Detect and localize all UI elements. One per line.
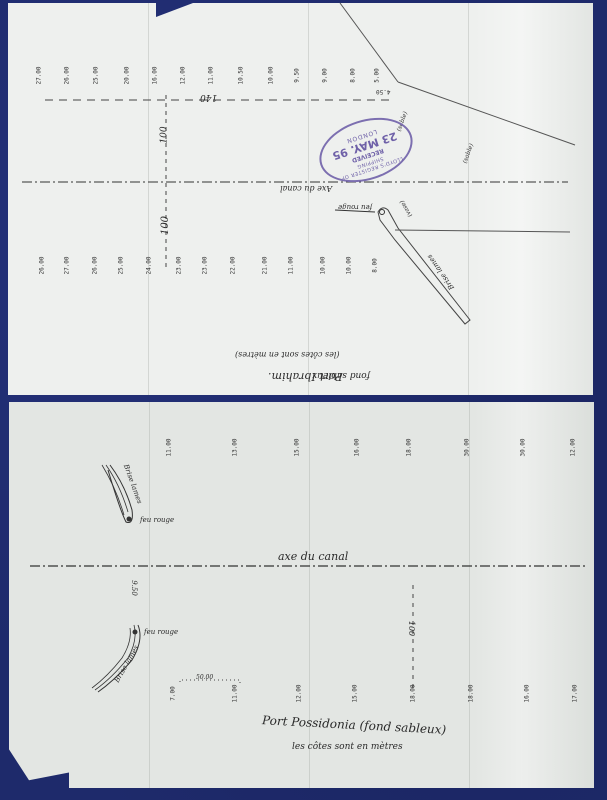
depth-sounding: 4.50 — [376, 88, 390, 95]
depth-sounding: 11.00 — [232, 684, 239, 702]
depth-sounding: 9.50 — [294, 68, 301, 82]
depth-sounding: 9.00 — [322, 68, 329, 82]
depth-sounding: 11.00 — [166, 438, 173, 456]
depth-sounding: 26.00 — [39, 256, 46, 274]
depth-sounding: 21.00 — [262, 256, 269, 274]
depth-sounding: 23.00 — [176, 256, 183, 274]
canal-axis-label: Axe du canal — [280, 184, 332, 193]
distance-label: 100 — [407, 621, 416, 636]
depth-sounding: 10.50 — [238, 66, 245, 84]
units-note: (les côtes sont en mètres) — [235, 350, 340, 359]
depth-sounding: 10.00 — [268, 66, 275, 84]
depth-sounding: 8.00 — [350, 68, 357, 82]
canal-axis-label: axe du canal — [278, 550, 348, 563]
depth-sounding: 26.00 — [64, 66, 71, 84]
depth-sounding: 18.00 — [410, 684, 417, 702]
depth-sounding: 15.00 — [352, 684, 359, 702]
distance-label: 9.50 — [130, 580, 138, 596]
depth-sounding: 18.00 — [406, 438, 413, 456]
depth-sounding: 15.00 — [294, 438, 301, 456]
distance-label: 140 — [200, 92, 217, 102]
depth-sounding: 26.00 — [92, 256, 99, 274]
depth-sounding: 20.00 — [124, 66, 131, 84]
depth-sounding: 30.00 — [464, 438, 471, 456]
units-note: les côtes sont en mètres — [292, 742, 403, 752]
depth-sounding: 25.00 — [118, 256, 125, 274]
depth-sounding: 18.00 — [468, 684, 475, 702]
depth-sounding: 10.00 — [320, 256, 327, 274]
depth-sounding: 5.00 — [374, 68, 381, 82]
depth-sounding: 12.00 — [180, 66, 187, 84]
light-label: feu rouge — [338, 203, 372, 211]
depth-sounding: 12.00 — [570, 438, 577, 456]
depth-sounding: 13.00 — [232, 438, 239, 456]
depth-sounding: 16.00 — [354, 438, 361, 456]
depth-sounding: 16.00 — [524, 684, 531, 702]
light-label-bottom: feu rouge — [144, 628, 178, 636]
distance-label: 100 — [160, 126, 170, 143]
light-label-top: feu rouge — [140, 516, 174, 524]
depth-sounding: 27.00 — [64, 256, 71, 274]
depth-sounding: 10.00 — [346, 256, 353, 274]
depth-sounding: 17.00 — [572, 684, 579, 702]
depth-sounding: 24.00 — [146, 256, 153, 274]
distance-label: 50.00 — [196, 674, 213, 681]
seabed-type: fond sableux — [312, 370, 370, 380]
depth-sounding: 30.00 — [520, 438, 527, 456]
distance-label: 100 — [160, 216, 171, 235]
depth-sounding: 27.00 — [36, 66, 43, 84]
depth-sounding: 23.00 — [202, 256, 209, 274]
depth-sounding: 7.00 — [170, 686, 177, 700]
depth-sounding: 16.00 — [152, 66, 159, 84]
depth-sounding: 22.00 — [230, 256, 237, 274]
depth-sounding: 8.00 — [372, 258, 379, 272]
depth-sounding: 11.00 — [288, 256, 295, 274]
chart-linework — [0, 0, 607, 800]
depth-sounding: 12.00 — [296, 684, 303, 702]
depth-sounding: 25.00 — [93, 66, 100, 84]
depth-sounding: 11.00 — [208, 66, 215, 84]
